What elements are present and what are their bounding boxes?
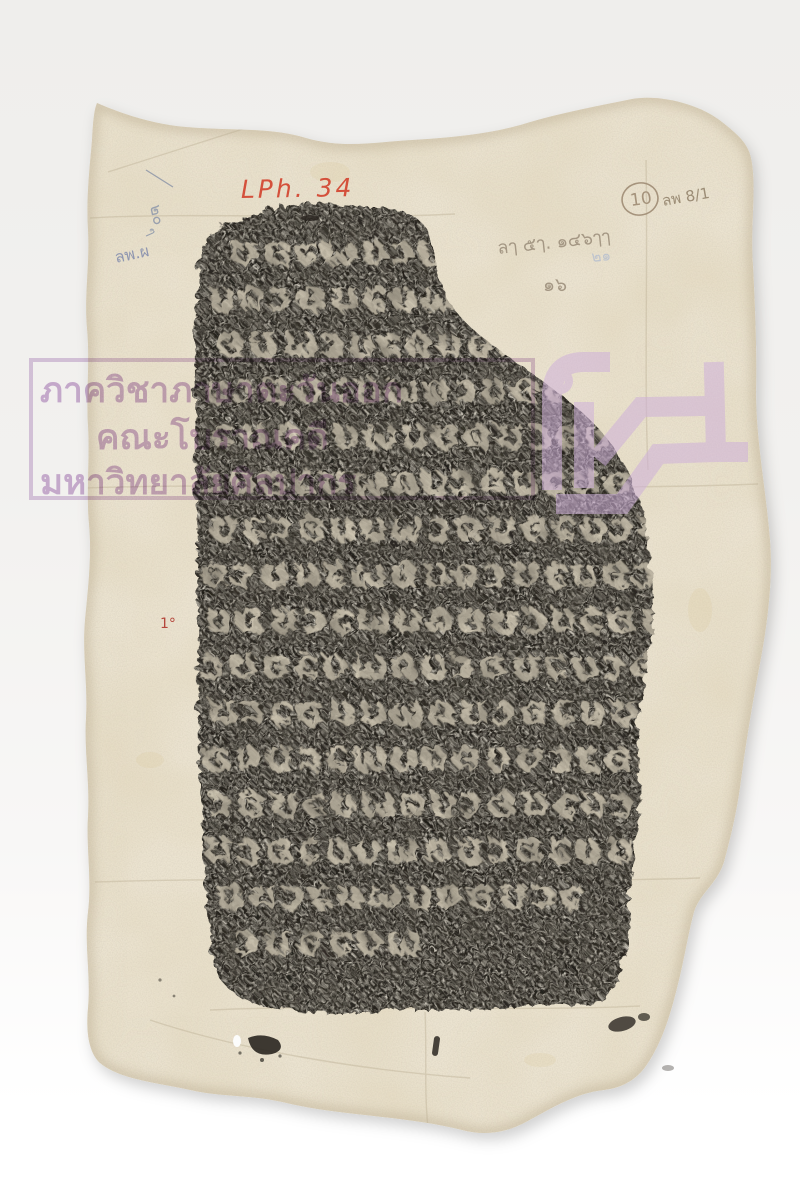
- pencil-note-faint: ๒๑: [591, 246, 612, 266]
- photo-stage: ʊɞɕωʋɔυɷɞʊɕʋ υɷɔɞʊɕʋωɳεɔʊɞɕ ɞʊωɔυɕɷʋɞɔʊɕ…: [0, 0, 800, 1200]
- watermark-line-1: ภาควิชาภาษาตะวันออก: [40, 371, 403, 411]
- pencil-note-2: ๑๖: [543, 274, 567, 296]
- red-catalog-label: LPh. 34: [241, 173, 355, 204]
- watermark-line-2: คณะโบราณคดี: [96, 416, 329, 458]
- watermark-line-3: มหาวิทยาลัยศิลปากร: [40, 463, 356, 503]
- paper-hole: [233, 1035, 241, 1047]
- circled-number: 10: [629, 188, 653, 211]
- red-number-left: 1°: [160, 616, 176, 632]
- estampage-photo: ʊɞɕωʋɔυɷɞʊɕʋ υɷɔɞʊɕʋωɳεɔʊɞɕ ɞʊωɔυɕɷʋɞɔʊɕ…: [0, 0, 800, 1200]
